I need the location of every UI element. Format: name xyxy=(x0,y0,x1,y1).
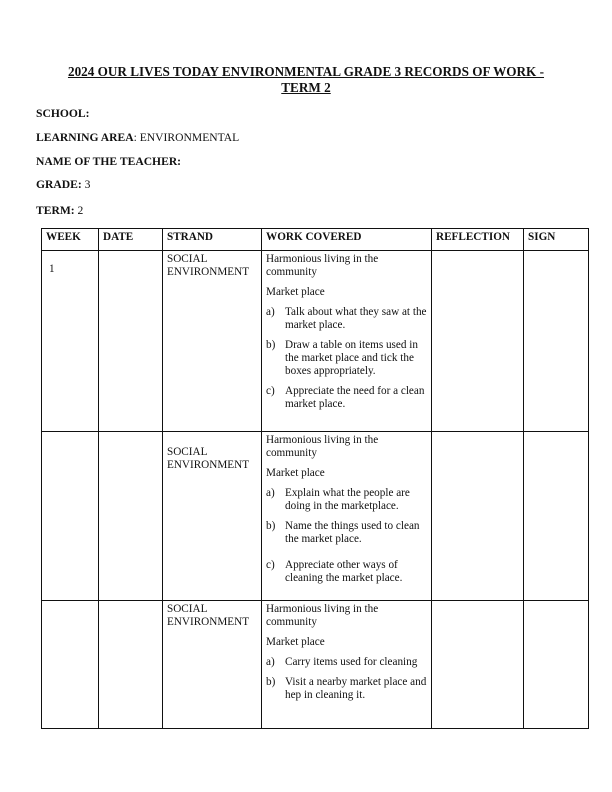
list-item: b)Draw a table on items used in the mark… xyxy=(266,339,427,378)
date-cell xyxy=(99,251,163,432)
item-text: Appreciate other ways of cleaning the ma… xyxy=(285,559,402,584)
item-label: c) xyxy=(266,559,275,572)
item-label: c) xyxy=(266,385,275,398)
table-header-row: WEEK DATE STRAND WORK COVERED REFLECTION… xyxy=(42,229,589,251)
header-week: WEEK xyxy=(42,229,99,251)
school-label: SCHOOL: xyxy=(36,107,89,120)
list-item: a)Carry items used for cleaning xyxy=(266,656,427,669)
list-item: a)Talk about what they saw at the market… xyxy=(266,306,427,332)
term-value: 2 xyxy=(75,204,84,217)
topic: Harmonious living in the community xyxy=(266,603,427,629)
strand-text: SOCIAL ENVIRONMENT xyxy=(167,446,257,472)
week-number: 1 xyxy=(46,263,94,276)
item-text: Appreciate the need for a clean market p… xyxy=(285,385,424,410)
item-text: Talk about what they saw at the market p… xyxy=(285,306,427,331)
item-text: Draw a table on items used in the market… xyxy=(285,339,418,377)
reflection-cell xyxy=(432,432,524,601)
item-label: b) xyxy=(266,339,275,352)
date-cell xyxy=(99,601,163,729)
item-label: a) xyxy=(266,306,275,319)
work-covered-cell: Harmonious living in the community Marke… xyxy=(262,251,432,432)
learning-area-label: LEARNING AREA xyxy=(36,131,134,144)
item-text: Explain what the people are doing in the… xyxy=(285,487,410,512)
item-label: b) xyxy=(266,676,275,689)
work-covered-cell: Harmonious living in the community Marke… xyxy=(262,601,432,729)
sign-cell xyxy=(524,432,589,601)
activity-list: a)Explain what the people are doing in t… xyxy=(266,487,427,585)
subtopic: Market place xyxy=(266,286,427,299)
header-strand: STRAND xyxy=(163,229,262,251)
week-cell: 1 xyxy=(42,251,99,432)
table-row: 1 SOCIAL ENVIRONMENT Harmonious living i… xyxy=(42,251,589,432)
subtopic: Market place xyxy=(266,467,427,480)
item-text: Visit a nearby market place and hep in c… xyxy=(285,676,426,701)
teacher-label: NAME OF THE TEACHER: xyxy=(36,155,181,168)
activity-list: a)Carry items used for cleaning b)Visit … xyxy=(266,656,427,702)
list-item: b)Visit a nearby market place and hep in… xyxy=(266,676,427,702)
school-field: SCHOOL: xyxy=(36,107,89,121)
sign-cell xyxy=(524,251,589,432)
reflection-cell xyxy=(432,601,524,729)
document-title: 2024 OUR LIVES TODAY ENVIRONMENTAL GRADE… xyxy=(40,64,572,96)
header-date: DATE xyxy=(99,229,163,251)
activity-list: a)Talk about what they saw at the market… xyxy=(266,306,427,411)
date-cell xyxy=(99,432,163,601)
title-line-2: TERM 2 xyxy=(40,80,572,96)
topic: Harmonious living in the community xyxy=(266,253,427,279)
list-item: b)Name the things used to clean the mark… xyxy=(266,520,427,546)
term-field: TERM: 2 xyxy=(36,204,83,218)
week-cell xyxy=(42,432,99,601)
learning-area-field: LEARNING AREA: ENVIRONMENTAL xyxy=(36,131,239,145)
work-covered-cell: Harmonious living in the community Marke… xyxy=(262,432,432,601)
sign-cell xyxy=(524,601,589,729)
item-label: a) xyxy=(266,656,275,669)
strand-cell: SOCIAL ENVIRONMENT xyxy=(163,432,262,601)
grade-field: GRADE: 3 xyxy=(36,178,90,192)
table-row: SOCIAL ENVIRONMENT Harmonious living in … xyxy=(42,432,589,601)
item-text: Carry items used for cleaning xyxy=(285,656,417,668)
item-label: b) xyxy=(266,520,275,533)
header-work-covered: WORK COVERED xyxy=(262,229,432,251)
teacher-field: NAME OF THE TEACHER: xyxy=(36,155,181,169)
title-line-1: 2024 OUR LIVES TODAY ENVIRONMENTAL GRADE… xyxy=(40,64,572,80)
grade-value: 3 xyxy=(82,178,91,191)
header-reflection: REFLECTION xyxy=(432,229,524,251)
learning-area-value: : ENVIRONMENTAL xyxy=(134,131,240,144)
header-sign: SIGN xyxy=(524,229,589,251)
item-label: a) xyxy=(266,487,275,500)
grade-label: GRADE: xyxy=(36,178,82,191)
records-of-work-table: WEEK DATE STRAND WORK COVERED REFLECTION… xyxy=(41,228,589,729)
strand-cell: SOCIAL ENVIRONMENT xyxy=(163,601,262,729)
list-item: c)Appreciate the need for a clean market… xyxy=(266,385,427,411)
week-cell xyxy=(42,601,99,729)
list-item: c)Appreciate other ways of cleaning the … xyxy=(266,559,427,585)
list-item: a)Explain what the people are doing in t… xyxy=(266,487,427,513)
subtopic: Market place xyxy=(266,636,427,649)
strand-cell: SOCIAL ENVIRONMENT xyxy=(163,251,262,432)
table-row: SOCIAL ENVIRONMENT Harmonious living in … xyxy=(42,601,589,729)
reflection-cell xyxy=(432,251,524,432)
term-label: TERM: xyxy=(36,204,75,217)
topic: Harmonious living in the community xyxy=(266,434,427,460)
item-text: Name the things used to clean the market… xyxy=(285,520,420,545)
